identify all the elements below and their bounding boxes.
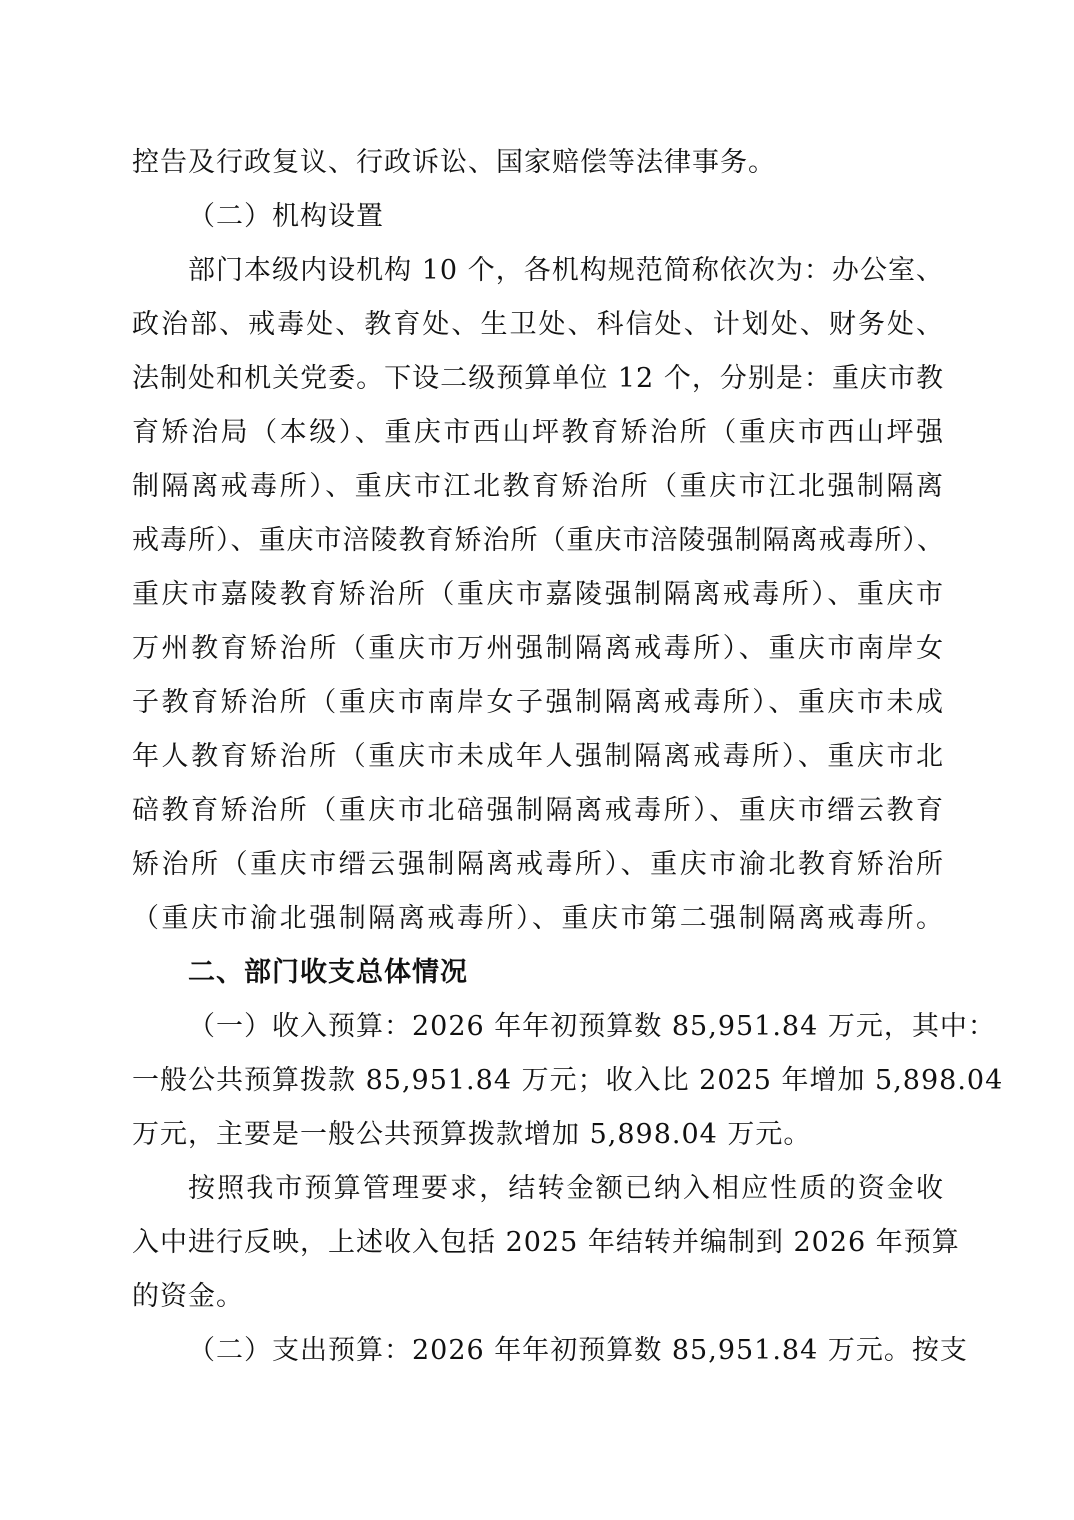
paragraph-line: 按照我市预算管理要求，结转金额已纳入相应性质的资金收 (188, 1171, 944, 1207)
paragraph-line: 戒毒所）、重庆市涪陵教育矫治所（重庆市涪陵强制隔离戒毒所）、 (132, 523, 944, 559)
paragraph-line: 万元，主要是一般公共预算拨款增加 5,898.04 万元。 (132, 1117, 944, 1153)
paragraph-line: 一般公共预算拨款 85,951.84 万元；收入比 2025 年增加 5,898… (132, 1063, 944, 1099)
paragraph-line: 矫治所（重庆市缙云强制隔离戒毒所）、重庆市渝北教育矫治所 (132, 847, 944, 883)
paragraph-line: 重庆市嘉陵教育矫治所（重庆市嘉陵强制隔离戒毒所）、重庆市 (132, 577, 944, 613)
paragraph-line: 育矫治局（本级）、重庆市西山坪教育矫治所（重庆市西山坪强 (132, 415, 944, 451)
paragraph-line: 制隔离戒毒所）、重庆市江北教育矫治所（重庆市江北强制隔离 (132, 469, 944, 505)
paragraph-line: （重庆市渝北强制隔离戒毒所）、重庆市第二强制隔离戒毒所。 (132, 901, 944, 937)
paragraph-line: 子教育矫治所（重庆市南岸女子强制隔离戒毒所）、重庆市未成 (132, 685, 944, 721)
paragraph-line: 法制处和机关党委。下设二级预算单位 12 个，分别是：重庆市教 (132, 361, 944, 397)
paragraph-line: 控告及行政复议、行政诉讼、国家赔偿等法律事务。 (132, 145, 944, 181)
section-heading-org-setup: （二）机构设置 (188, 199, 944, 235)
paragraph-line: 万州教育矫治所（重庆市万州强制隔离戒毒所）、重庆市南岸女 (132, 631, 944, 667)
paragraph-line: 年人教育矫治所（重庆市未成年人强制隔离戒毒所）、重庆市北 (132, 739, 944, 775)
paragraph-line-expenditure-budget: （二）支出预算：2026 年年初预算数 85,951.84 万元。按支 (188, 1333, 944, 1369)
paragraph-line: 政治部、戒毒处、教育处、生卫处、科信处、计划处、财务处、 (132, 307, 944, 343)
paragraph-line-income-budget: （一）收入预算：2026 年年初预算数 85,951.84 万元，其中： (188, 1009, 944, 1045)
paragraph-line: 的资金。 (132, 1279, 944, 1315)
section-heading-revenue-expenditure: 二、部门收支总体情况 (188, 955, 944, 991)
document-page: 控告及行政复议、行政诉讼、国家赔偿等法律事务。 （二）机构设置 部门本级内设机构… (0, 0, 1074, 1520)
paragraph-line: 入中进行反映，上述收入包括 2025 年结转并编制到 2026 年预算 (132, 1225, 944, 1261)
paragraph-line: 部门本级内设机构 10 个，各机构规范简称依次为：办公室、 (188, 253, 944, 289)
paragraph-line: 碚教育矫治所（重庆市北碚强制隔离戒毒所）、重庆市缙云教育 (132, 793, 944, 829)
